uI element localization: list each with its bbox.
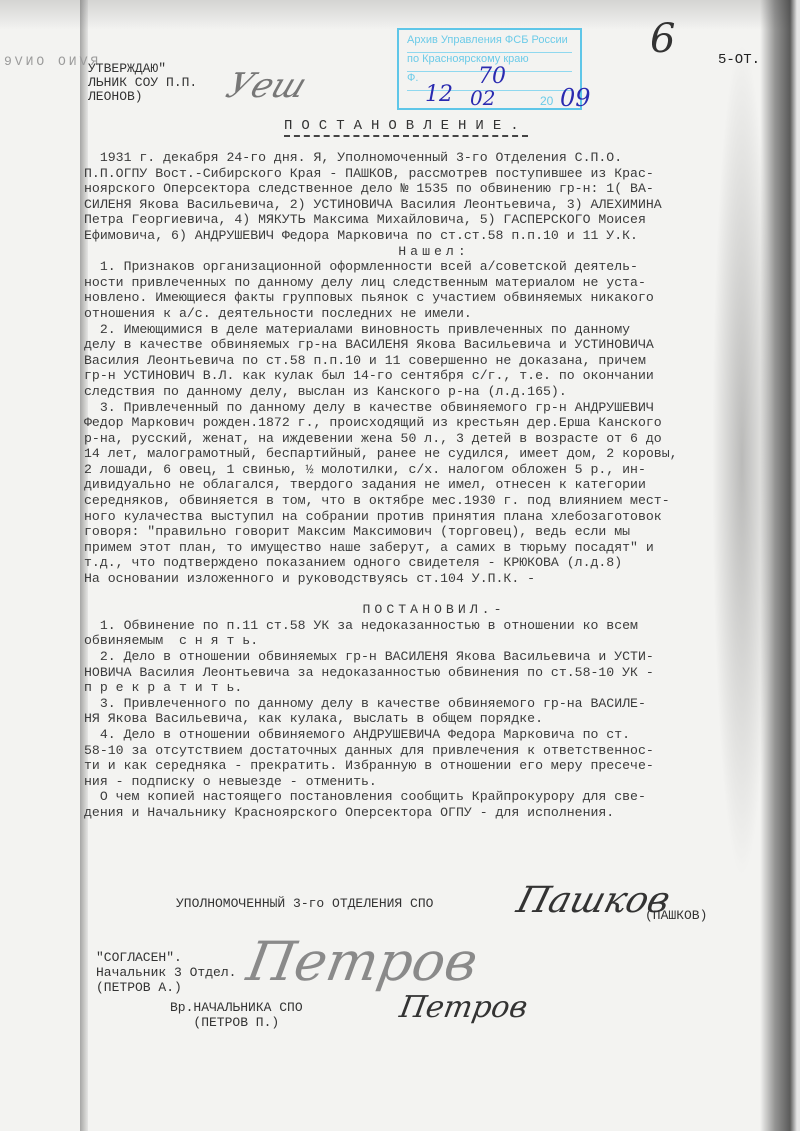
form-code: 5-ОТ. (718, 52, 760, 68)
body-line: 3. Привлеченного по данному делу в качес… (84, 696, 784, 712)
body-line: 4. Дело в отношении обвиняемого АНДРУШЕВ… (84, 727, 784, 743)
body-line: следствия по данному делу, выслан из Кан… (84, 384, 784, 400)
body-line: Федор Маркович рожден.1872 г., происходя… (84, 415, 784, 431)
approval-line: ЛЕОНОВ) (88, 90, 197, 104)
stamp-handwritten-day: 12 (425, 82, 453, 107)
body-line: СИЛЕНЯ Якова Васильевича, 2) УСТИНОВИЧА … (84, 197, 784, 213)
agreed-label: "СОГЛАСЕН". (96, 950, 236, 965)
body-line: Василия Леонтьевича по ст.58 п.п.10 и 11… (84, 353, 784, 369)
bleedthrough-text: 9VИO OИVЯ (4, 54, 101, 69)
handwritten-page-number: 6 (650, 16, 675, 62)
stamp-handwritten-month: 02 (470, 86, 495, 110)
spacer (84, 587, 784, 603)
body-line: П.П.ОГПУ Вост.-Сибирского Края - ПАШКОВ,… (84, 166, 784, 182)
body-line: ти и как середняка - прекратить. Избранн… (84, 758, 784, 774)
body-line: О чем копией настоящего постановления со… (84, 789, 784, 805)
body-line: новлено. Имеющиеся факты групповых пьяно… (84, 290, 784, 306)
body-line: середняков, обвиняется в том, что в октя… (84, 493, 784, 509)
body-line: дения и Начальнику Красноярского Оперсек… (84, 805, 784, 821)
body-line: 2 лошади, 6 овец, 1 свинью, ½ молотилки,… (84, 462, 784, 478)
body-line: 14 лет, малограмотный, беспартийный, ран… (84, 446, 784, 462)
body-line: п р е к р а т и т ь. (84, 680, 784, 696)
body-line: Ефимовича, 6) АНДРУШЕВИЧ Федора Маркович… (84, 228, 784, 244)
acting-name: (ПЕТРОВ П.) (170, 1015, 303, 1030)
document-body: 1931 г. декабря 24-го дня. Я, Уполномоче… (84, 150, 784, 821)
body-line: гр-н УСТИНОВИЧ В.Л. как кулак был 14-го … (84, 368, 784, 384)
body-line: ного кулачества выступил на собрании про… (84, 509, 784, 525)
body-line: примем этот план, то имущество наше забе… (84, 540, 784, 556)
body-line: дивидуально не облагался, твердого задан… (84, 477, 784, 493)
document-title: ПОСТАНОВЛЕНИЕ. (284, 118, 528, 137)
document-scan: 9VИO OИVЯ УТВЕРЖДАЮ" ЛЬНИК СОУ П.П. ЛЕОН… (0, 0, 800, 1131)
body-line: отношения к а/с. деятельности последних … (84, 306, 784, 322)
acting-title: Вр.НАЧАЛЬНИКА СПО (170, 1000, 303, 1015)
body-line: р-на, русский, женат, на иждевении жена … (84, 431, 784, 447)
body-line: 2. Дело в отношении обвиняемых гр-н ВАСИ… (84, 649, 784, 665)
agreement-block: "СОГЛАСЕН". Начальник 3 Отдел. (ПЕТРОВ А… (96, 950, 236, 995)
body-line: т.д., что подтверждено показанием одного… (84, 555, 784, 571)
agreed-signature: Петров (242, 930, 482, 993)
section-heading: ПОСТАНОВИЛ.- (84, 602, 784, 618)
body-line: 1. Признаков организационной оформленнос… (84, 259, 784, 275)
agreed-name: (ПЕТРОВ А.) (96, 980, 236, 995)
acting-signature: Петров (397, 990, 530, 1025)
section-heading: Нашел: (84, 244, 784, 260)
body-line: НОВИЧА Василия Леонтьевича за недоказанн… (84, 665, 784, 681)
stamp-year-prefix: 20 (540, 94, 553, 108)
agreed-title: Начальник 3 Отдел. (96, 965, 236, 980)
body-line: 1931 г. декабря 24-го дня. Я, Уполномоче… (84, 150, 784, 166)
stamp-handwritten-year: 09 (560, 84, 591, 112)
stamp-line: Архив Управления ФСБ России (407, 34, 572, 53)
body-line: ноярского Оперсектора следственное дело … (84, 181, 784, 197)
body-line: говоря: "правильно говорит Максим Максим… (84, 524, 784, 540)
officer-title: УПОЛНОМОЧЕННЫЙ 3-го ОТДЕЛЕНИЯ СПО (176, 896, 433, 911)
body-line: Петра Георгиевича, 4) МЯКУТЬ Максима Мих… (84, 212, 784, 228)
body-line: 2. Имеющимися в деле материалами виновно… (84, 322, 784, 338)
officer-signature: Пашков (513, 880, 675, 921)
approval-signature: Уеш (221, 66, 312, 106)
approval-line: УТВЕРЖДАЮ" (88, 62, 197, 76)
body-line: делу в качестве обвиняемых гр-на ВАСИЛЕН… (84, 337, 784, 353)
body-line: 1. Обвинение по п.11 ст.58 УК за недоказ… (84, 618, 784, 634)
body-line: 58-10 за отсутствием достаточных данных … (84, 743, 784, 759)
body-line: На основании изложенного и руководствуяс… (84, 571, 784, 587)
approval-line: ЛЬНИК СОУ П.П. (88, 76, 197, 90)
body-line: 3. Привлеченный по данному делу в качест… (84, 400, 784, 416)
acting-chief-block: Вр.НАЧАЛЬНИКА СПО (ПЕТРОВ П.) (170, 1000, 303, 1030)
body-line: НЯ Якова Васильевича, как кулака, выслат… (84, 711, 784, 727)
body-line: ности привлеченных по данному делу лиц с… (84, 275, 784, 291)
body-line: ния - подписку о невыезде - отменить. (84, 774, 784, 790)
approval-block: УТВЕРЖДАЮ" ЛЬНИК СОУ П.П. ЛЕОНОВ) (88, 62, 197, 104)
body-line: обвиняемым с н я т ь. (84, 633, 784, 649)
